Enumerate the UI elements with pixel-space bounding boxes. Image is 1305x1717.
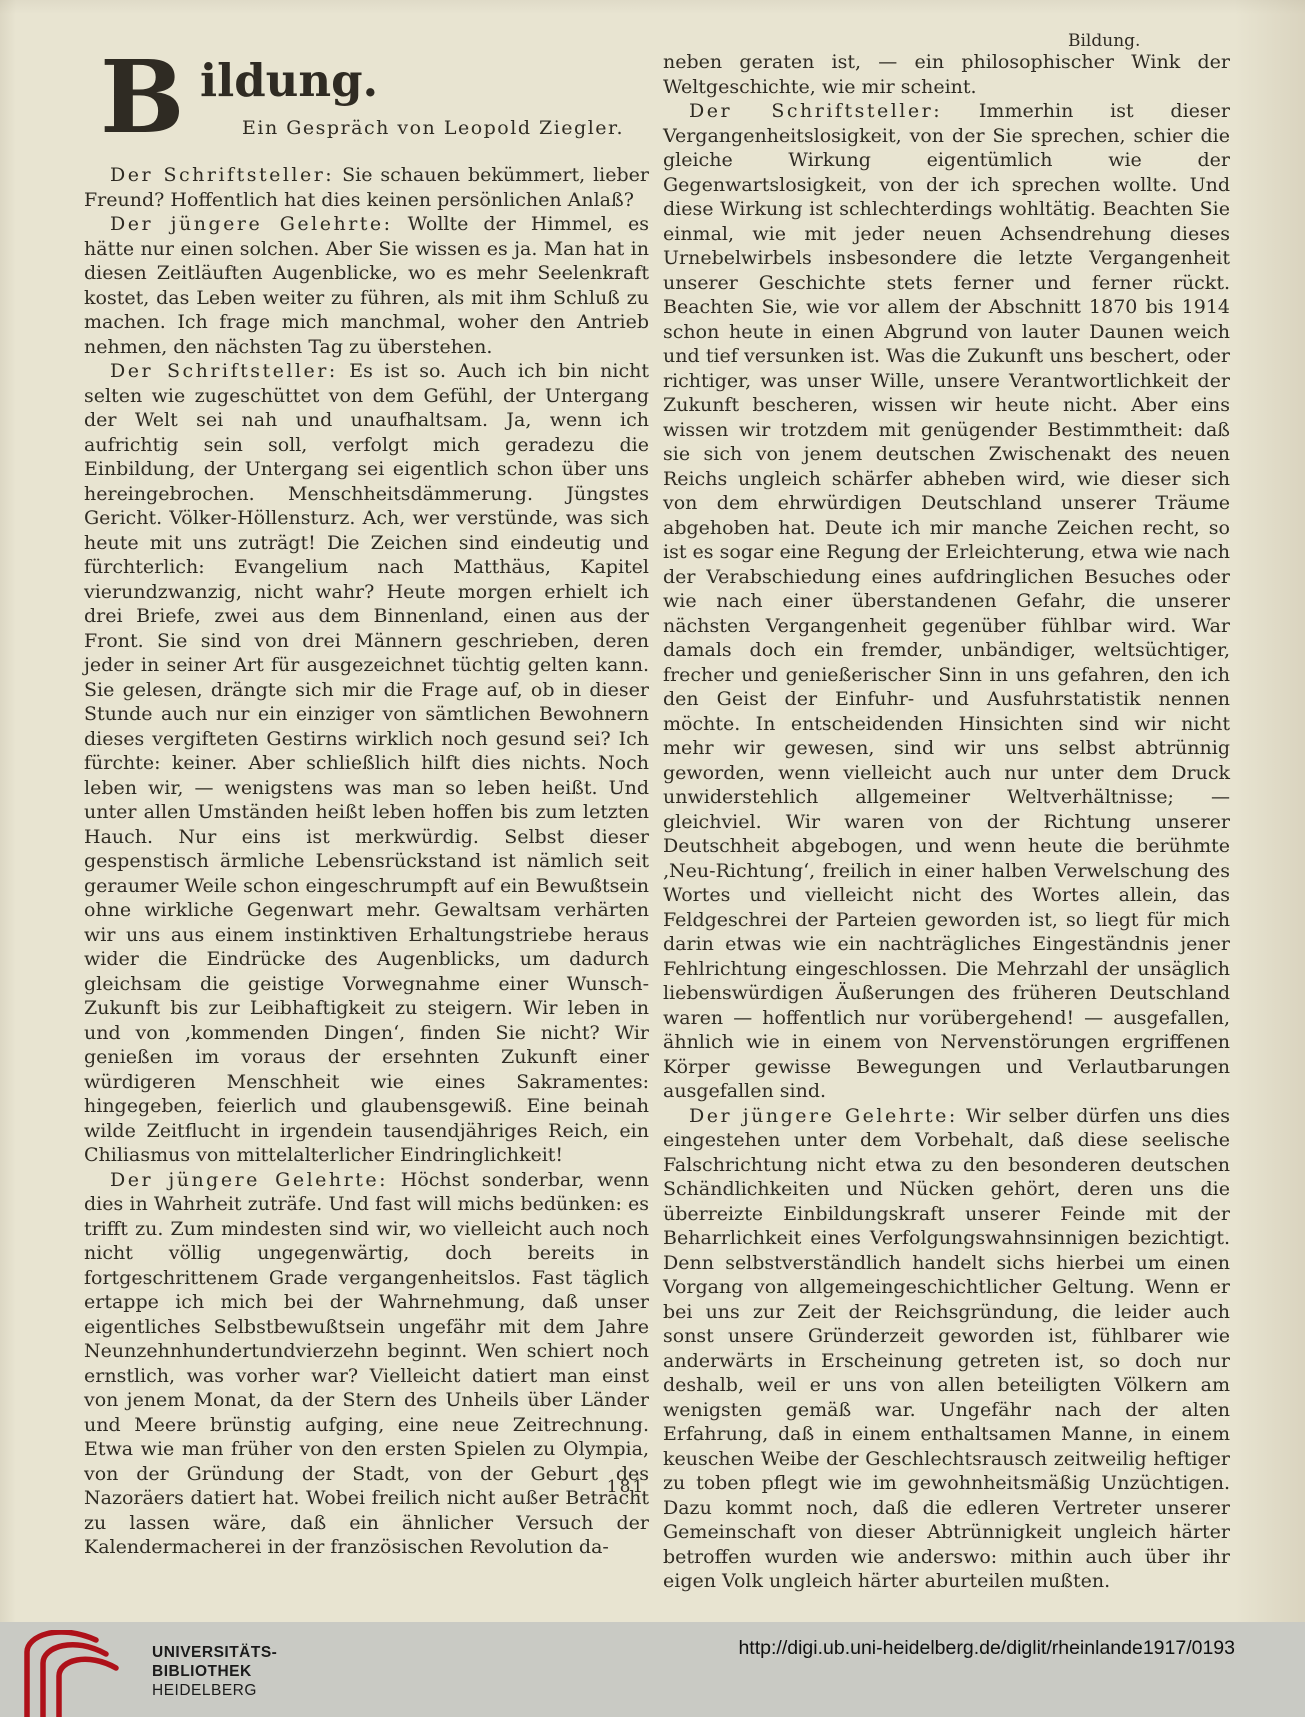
- library-name-line3: HEIDELBERG: [152, 1681, 277, 1700]
- speaker-label: Der Schriftsteller:: [110, 360, 338, 382]
- library-name-line2: BIBLIOTHEK: [152, 1662, 277, 1681]
- library-footer-bar: UNIVERSITÄTS- BIBLIOTHEK HEIDELBERG http…: [0, 1622, 1305, 1717]
- paragraph: Der jüngere Gelehrte: Höchst sonderbar, …: [84, 1168, 649, 1560]
- running-head: Bildung.: [1068, 31, 1140, 51]
- speaker-label: Der jüngere Gelehrte:: [110, 1169, 388, 1191]
- left-column: B ildung. Ein Gespräch von Leopold Ziegl…: [84, 60, 649, 1560]
- page-title: ildung.: [200, 54, 378, 107]
- speaker-label: Der jüngere Gelehrte:: [689, 1105, 958, 1127]
- right-column: neben geraten ist, — ein philosophischer…: [663, 50, 1230, 1594]
- article-subtitle: Ein Gespräch von Leopold Ziegler.: [242, 117, 624, 139]
- library-name-line1: UNIVERSITÄTS-: [152, 1643, 277, 1662]
- paragraph: Der jüngere Gelehrte: Wir selber dürfen …: [663, 1104, 1230, 1594]
- paragraph: Der Schriftsteller: Immerhin ist dieser …: [663, 99, 1230, 1104]
- page-number: 181: [596, 1477, 656, 1497]
- speaker-label: Der Schriftsteller:: [689, 100, 942, 122]
- paragraph: neben geraten ist, — ein philosophischer…: [663, 50, 1230, 99]
- library-name: UNIVERSITÄTS- BIBLIOTHEK HEIDELBERG: [152, 1643, 277, 1700]
- article-title-block: B ildung. Ein Gespräch von Leopold Ziegl…: [84, 60, 649, 163]
- paragraph: Der Schriftsteller: Es ist so. Auch ich …: [84, 359, 649, 1168]
- scanned-document-page: Bildung. B ildung. Ein Gespräch von Leop…: [0, 0, 1305, 1717]
- left-column-text: Der Schriftsteller: Sie schauen bekümmer…: [84, 163, 649, 1560]
- paragraph: Der Schriftsteller: Sie schauen bekümmer…: [84, 163, 649, 212]
- paragraph: Der jüngere Gelehrte: Wollte der Himmel,…: [84, 212, 649, 359]
- speaker-label: Der Schriftsteller:: [110, 164, 334, 186]
- right-column-text: neben geraten ist, — ein philosophischer…: [663, 50, 1230, 1594]
- speaker-label: Der jüngere Gelehrte:: [110, 213, 393, 235]
- university-library-logo: [16, 1630, 138, 1717]
- title-drop-cap: B: [100, 56, 181, 138]
- source-url: http://digi.ub.uni-heidelberg.de/diglit/…: [738, 1637, 1235, 1660]
